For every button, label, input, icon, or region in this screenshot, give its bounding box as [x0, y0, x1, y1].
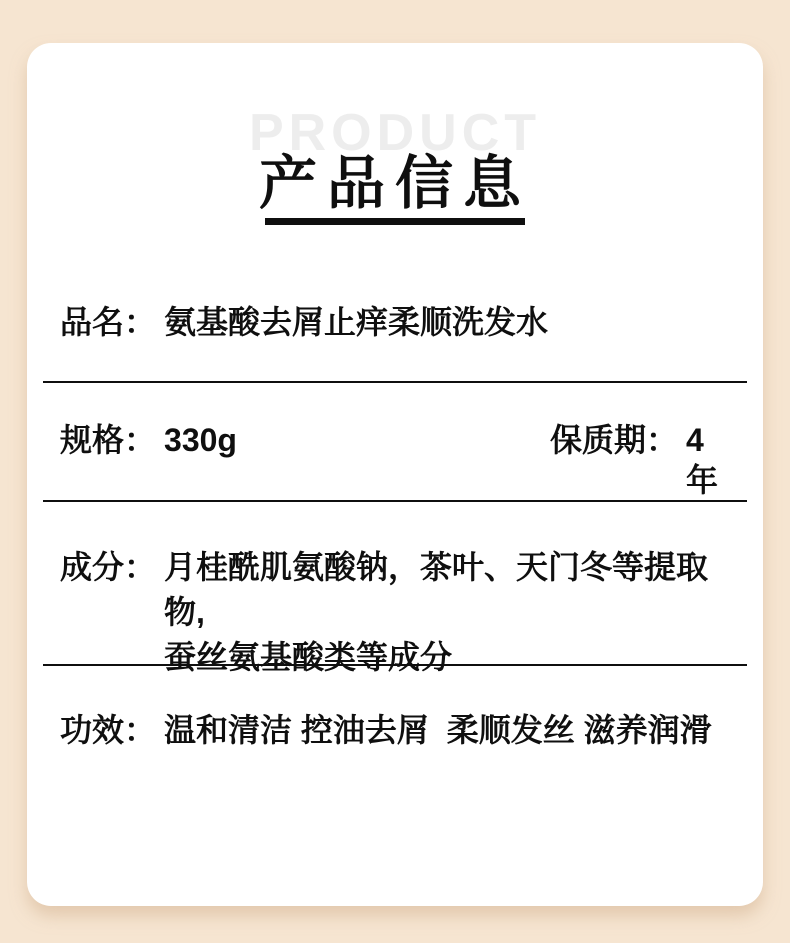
row-product-name: 品名： 氨基酸去屑止痒柔顺洗发水	[60, 302, 730, 342]
divider	[43, 500, 747, 502]
effects-value: 温和清洁 控油去屑 柔顺发丝 滋养润滑	[164, 710, 712, 750]
shelf-life-value: 4 年	[686, 420, 730, 500]
product-info-card: PRODUCT 产品信息 品名： 氨基酸去屑止痒柔顺洗发水 规格： 330g 保…	[27, 43, 763, 906]
row-ingredients: 成分： 月桂酰肌氨酸钠，茶叶、天门冬等提取物, 蚕丝氨基酸类等成分	[60, 545, 730, 680]
shelf-life-group: 保质期： 4 年	[550, 420, 730, 500]
product-name-value: 氨基酸去屑止痒柔顺洗发水	[164, 302, 548, 342]
page-title: 产品信息	[27, 136, 763, 220]
spec-label: 规格：	[60, 420, 156, 460]
divider	[43, 664, 747, 666]
effects-label: 功效：	[60, 710, 156, 750]
product-name-label: 品名：	[60, 302, 156, 342]
divider	[43, 381, 747, 383]
shelf-life-label: 保质期：	[550, 420, 678, 500]
row-effects: 功效： 温和清洁 控油去屑 柔顺发丝 滋养润滑	[60, 710, 730, 750]
row-spec-shelf-life: 规格： 330g 保质期： 4 年	[60, 420, 730, 460]
ingredients-label: 成分：	[60, 545, 156, 590]
title-underline	[265, 218, 525, 225]
ingredients-value: 月桂酰肌氨酸钠，茶叶、天门冬等提取物, 蚕丝氨基酸类等成分	[164, 545, 730, 680]
spec-value: 330g	[164, 420, 237, 460]
